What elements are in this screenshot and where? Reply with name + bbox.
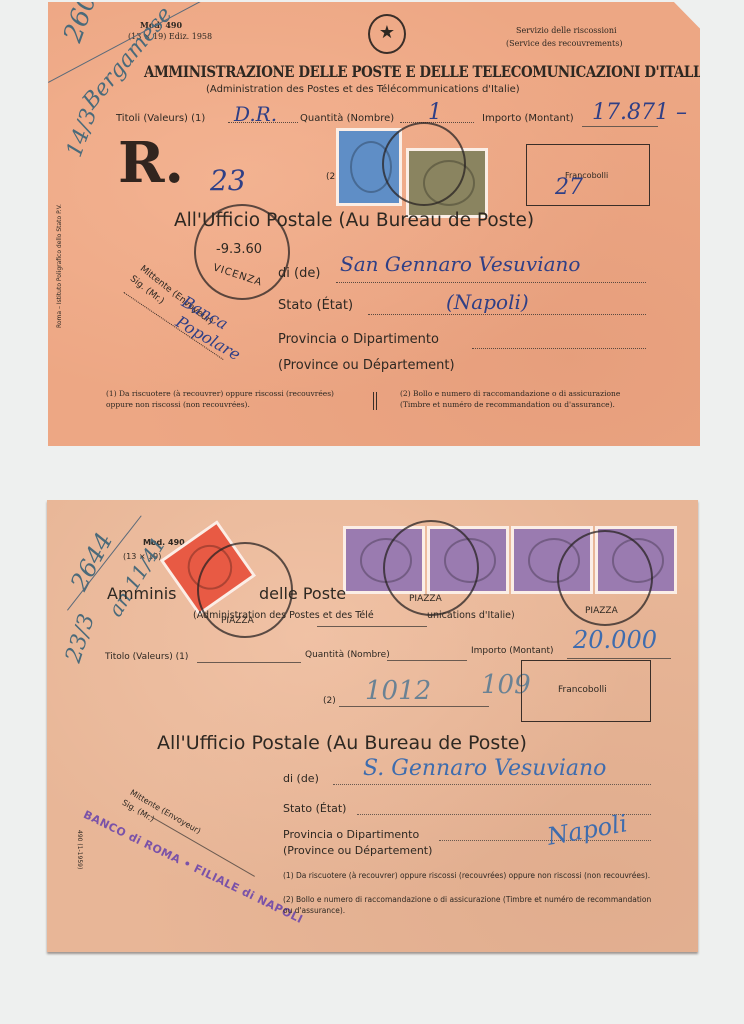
registered-mark: R. (118, 130, 184, 196)
office-heading: All'Ufficio Postale (Au Bureau de Poste) (157, 732, 527, 754)
di-value: San Gennaro Vesuviano (340, 252, 580, 276)
footnote-2: (2) Bollo e numero di raccomandazione o … (283, 894, 655, 916)
quantita-label: Quantità (Nombre) (300, 113, 394, 124)
quantita-label: Quantità (Nombre) (305, 650, 390, 660)
emblem-icon: ★ (368, 14, 406, 54)
header-title-left: Amminis (107, 584, 176, 603)
quantita-value: 1 (428, 100, 442, 125)
postmark-3: PIAZZA (557, 530, 653, 626)
stato-value: (Napoli) (446, 290, 529, 314)
header-title-mid: delle Poste (259, 584, 346, 603)
side-edition: 490 (1-1959) (76, 830, 83, 869)
francobolli-label: Francobolli (558, 685, 607, 695)
postmark-partial (382, 122, 466, 206)
stato-label: Stato (État) (283, 802, 346, 815)
titoli-label: Titoli (Valeurs) (1) (116, 113, 205, 124)
provincia-value: Napoli (545, 809, 629, 851)
handwritten-date: 23/3 (61, 611, 100, 666)
postmark-city: VICENZA (212, 262, 264, 288)
handwritten-number: 2607 (58, 0, 109, 46)
postal-form-bottom: Mod. 490 (13 × 19) 2644 23/3 an 11/41 PI… (47, 500, 698, 952)
service-line-1: Servizio delle riscossioni (516, 26, 617, 35)
titoli-value: D.R. (234, 102, 277, 126)
provincia-label-fr: (Province ou Département) (278, 358, 455, 373)
separator (373, 392, 377, 410)
postmark-date: -9.3.60 (216, 242, 262, 257)
provincia-label: Provincia o Dipartimento (283, 828, 419, 841)
header-subtitle-left: (Administration des Postes et des Télé (193, 610, 374, 621)
service-line-2: (Service des recouvrements) (506, 39, 623, 48)
francobolli-box: Francobolli (521, 660, 651, 722)
titolo-label: Titolo (Valeurs) (1) (105, 652, 188, 662)
importo-value: 17.871 – (592, 100, 687, 125)
footnote-2: (2) Bollo e numero di raccomandazione o … (400, 388, 652, 410)
header-subtitle-right: unications d'Italie) (427, 610, 515, 621)
header-subtitle: (Administration des Postes et des Téléco… (206, 84, 520, 95)
francobolli-handwritten: 27 (555, 175, 583, 200)
di-label: di (de) (278, 266, 320, 281)
registered-number: 23 (210, 164, 246, 197)
provincia-label: Provincia o Dipartimento (278, 332, 439, 347)
francobolli-box: Francobolli 27 (526, 144, 650, 206)
header-title: AMMINISTRAZIONE DELLE POSTE E DELLE TELE… (144, 62, 709, 81)
di-value: S. Gennaro Vesuviano (363, 756, 606, 781)
di-label: di (de) (283, 772, 319, 785)
footnote-1: (1) Da riscuotere (à recouvrer) oppure r… (283, 870, 655, 881)
printer-imprint: Roma – Istituto Poligrafico dello Stato … (56, 204, 63, 328)
handwritten-date: 14/3 (62, 106, 102, 161)
note2-marker: (2 (326, 172, 335, 182)
stato-label: Stato (État) (278, 298, 353, 313)
provincia-label-fr: (Province ou Département) (283, 844, 432, 857)
importo-label: Importo (Montant) (471, 646, 554, 656)
note2-marker: (2) (323, 696, 336, 706)
importo-value: 20.000 (573, 626, 657, 654)
importo-label: Importo (Montant) (482, 113, 574, 124)
postmark-2: PIAZZA (383, 520, 479, 616)
office-heading: All'Ufficio Postale (Au Bureau de Poste) (174, 210, 534, 231)
note2-value-1: 1012 (365, 676, 431, 706)
postal-form-top: Mod. 490 (13 × 19) Ediz. 1958 ★ Servizio… (48, 2, 700, 446)
footnote-1: (1) Da riscuotere (à recouvrer) oppure r… (106, 388, 356, 410)
